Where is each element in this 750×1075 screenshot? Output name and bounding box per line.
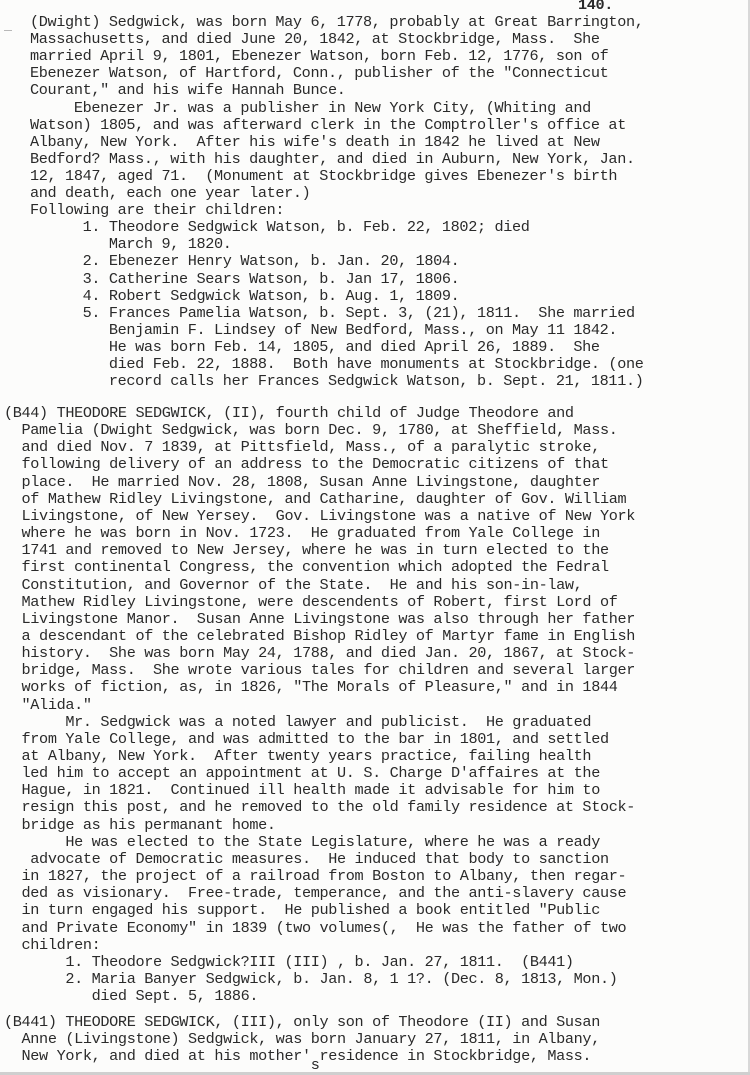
text-line: 12, 1847, aged 71. (Monument at Stockbri… bbox=[30, 168, 617, 185]
text-line: Mr. Sedgwick was a noted lawyer and publ… bbox=[4, 714, 591, 731]
text-line: and died Nov. 7 1839, at Pittsfield, Mas… bbox=[4, 439, 600, 456]
text-line: Following are their children: bbox=[30, 202, 284, 219]
text-line: Courant," and his wife Hannah Bunce. bbox=[30, 82, 346, 99]
text-line: Pamelia (Dwight Sedgwick, was born Dec. … bbox=[4, 422, 617, 439]
text-line: Anne (Livingstone) Sedgwick, was born Ja… bbox=[4, 1031, 600, 1048]
text-line: died Feb. 22, 1888. Both have monuments … bbox=[30, 356, 643, 373]
text-line: following delivery of an address to the … bbox=[4, 456, 609, 473]
text-line: advocate of Democratic measures. He indu… bbox=[4, 851, 609, 868]
text-line: Livingstone, of New Yersey. Gov. Livings… bbox=[4, 508, 635, 525]
text-line: (B44) THEODORE SEDGWICK, (II), fourth ch… bbox=[4, 405, 574, 422]
text-line: "Alida." bbox=[4, 697, 92, 714]
text-line: 4. Robert Sedgwick Watson, b. Aug. 1, 18… bbox=[30, 288, 459, 305]
text-line: of Mathew Ridley Livingstone, and Cathar… bbox=[4, 491, 626, 508]
text-line: Benjamin F. Lindsey of New Bedford, Mass… bbox=[30, 322, 617, 339]
text-line: place. He married Nov. 28, 1808, Susan A… bbox=[4, 474, 600, 491]
text-line: He was born Feb. 14, 1805, and died Apri… bbox=[30, 339, 600, 356]
text-line: from Yale College, and was admitted to t… bbox=[4, 731, 609, 748]
text-line: married April 9, 1801, Ebenezer Watson, … bbox=[30, 48, 608, 65]
text-line: where he was born in Nov. 1723. He gradu… bbox=[4, 525, 600, 542]
text-line: led him to accept an appointment at U. S… bbox=[4, 765, 600, 782]
text-line: Ebenezer Watson, of Hartford, Conn., pub… bbox=[30, 65, 608, 82]
text-line: 1741 and removed to New Jersey, where he… bbox=[4, 542, 609, 559]
text-line: works of fiction, as, in 1826, "The Mora… bbox=[4, 679, 617, 696]
text-line: record calls her Frances Sedgwick Watson… bbox=[30, 373, 643, 390]
text-line: 2. Maria Banyer Sedgwick, b. Jan. 8, 1 1… bbox=[4, 971, 617, 988]
text-line: first continental Congress, the conventi… bbox=[4, 559, 609, 576]
text-line: died Sept. 5, 1886. bbox=[4, 988, 258, 1005]
text-line: Constitution, and Governor of the State.… bbox=[4, 577, 582, 594]
text-line: March 9, 1820. bbox=[30, 236, 232, 253]
text-line: history. She was born May 24, 1788, and … bbox=[4, 645, 635, 662]
text-line: and death, each one year later.) bbox=[30, 185, 310, 202]
text-line: Ebenezer Jr. was a publisher in New York… bbox=[30, 100, 591, 117]
text-line: ded as visionary. Free-trade, temperance… bbox=[4, 885, 626, 902]
text-line: at Albany, New York. After twenty years … bbox=[4, 748, 591, 765]
text-line: a descendant of the celebrated Bishop Ri… bbox=[4, 628, 635, 645]
scan-smudge bbox=[4, 30, 12, 31]
text-line: and Private Economy" in 1839 (two volume… bbox=[4, 920, 626, 937]
text-line: 1. Theodore Sedgwick Watson, b. Feb. 22,… bbox=[30, 219, 530, 236]
text-line: resign this post, and he removed to the … bbox=[4, 799, 635, 816]
text-line: He was elected to the State Legislature,… bbox=[4, 834, 600, 851]
text-line: 1. Theodore Sedgwick?III (III) , b. Jan.… bbox=[4, 954, 574, 971]
text-line: Hague, in 1821. Continued ill health mad… bbox=[4, 782, 600, 799]
text-line: 5. Frances Pamelia Watson, b. Sept. 3, (… bbox=[30, 305, 635, 322]
text-line: (Dwight) Sedgwick, was born May 6, 1778,… bbox=[30, 14, 643, 31]
text-line: 2. Ebenezer Henry Watson, b. Jan. 20, 18… bbox=[30, 253, 459, 270]
text-line: children: bbox=[4, 937, 100, 954]
text-line: bridge as his permanant home. bbox=[4, 817, 276, 834]
text-line: Massachusetts, and died June 20, 1842, a… bbox=[30, 31, 600, 48]
text-line: Bedford? Mass., with his daughter, and d… bbox=[30, 151, 635, 168]
text-line: in turn engaged his support. He publishe… bbox=[4, 902, 600, 919]
document-page: 140. (Dwight) Sedgwick, was born May 6, … bbox=[0, 0, 750, 1075]
text-line: Livingstone Manor. Susan Anne Livingston… bbox=[4, 611, 635, 628]
text-line: in 1827, the project of a railroad from … bbox=[4, 868, 626, 885]
text-line: bridge, Mass. She wrote various tales fo… bbox=[4, 662, 635, 679]
text-line: s bbox=[4, 1057, 320, 1074]
page-number: 140. bbox=[578, 0, 613, 14]
text-line: (B441) THEODORE SEDGWICK, (III), only so… bbox=[4, 1014, 600, 1031]
text-line: 3. Catherine Sears Watson, b. Jan 17, 18… bbox=[30, 271, 459, 288]
text-line: Watson) 1805, and was afterward clerk in… bbox=[30, 117, 626, 134]
text-line: Mathew Ridley Livingstone, were descende… bbox=[4, 594, 617, 611]
text-line: Albany, New York. After his wife's death… bbox=[30, 134, 600, 151]
